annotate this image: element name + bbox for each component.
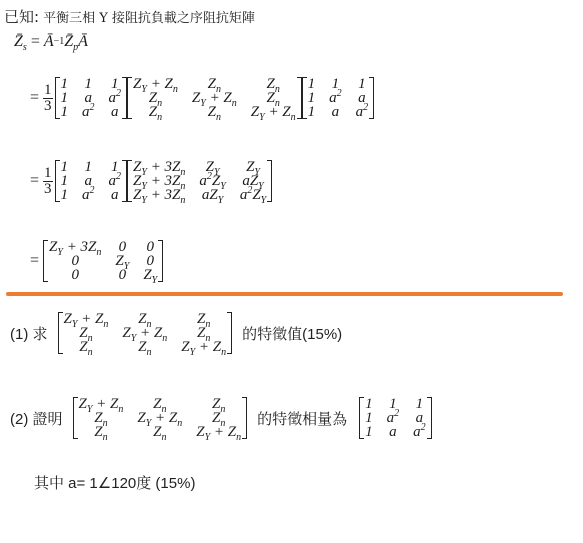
matrix-cell: Zn [251,91,296,105]
matrix-cell: 1 [61,105,69,119]
matrix-cell: a2 [82,105,95,119]
question-1-matrix: ZY + ZnZnZnZnZY + ZnZnZnZnZY + Zn [58,312,233,354]
matrix-cell: Zn [133,105,178,119]
matrix-cell: ZY + Zn [192,91,237,105]
matrix-cell: ZY [115,254,129,268]
matrix-cell: aZY [199,188,225,202]
matrix-cell: 0 [115,268,129,282]
matrix-cell: ZY [240,160,266,174]
matrix-cell: 1 [308,105,316,119]
question-1-label: (1) 求 [10,323,48,344]
question-2-label: (2) 證明 [10,408,63,429]
matrix-cell: Zn [137,397,182,411]
matrix-cell: Zn [196,411,241,425]
matrix-cell: 0 [49,254,101,268]
matrix-cell: ZY + 3Zn [133,188,185,202]
matrix-cell: 0 [115,240,129,254]
matrix-cell: Zn [137,425,182,439]
matrix-cell: aZY [240,174,266,188]
matrix-cell: 1 [61,174,69,188]
matrix-cell: 0 [143,240,157,254]
product-matrix: ZY + 3ZnZYZYZY + 3Zna2ZYaZYZY + 3ZnaZYa2… [127,160,272,202]
matrix-cell: 1 [365,425,373,439]
matrix-cell: Zn [192,105,237,119]
matrix-cell: ZY + Zn [181,340,226,354]
matrix-cell: Zn [196,397,241,411]
question-2-middle: 的特徵相量為 [257,408,347,429]
matrix-cell: 1 [61,160,69,174]
matrix-cell: a2 [387,411,400,425]
matrix-cell: ZY + 3Zn [49,240,101,254]
matrix-cell: Zn [181,312,226,326]
matrix-cell: Zn [79,425,124,439]
a-matrix: 1111aa21a2a [55,77,128,119]
matrix-cell: a [109,188,122,202]
matrix-cell: a [329,105,342,119]
matrix-cell: Zn [64,326,109,340]
matrix-cell: Zn [79,411,124,425]
one-third-fraction: 13 [43,83,53,114]
title-text: 平衡三相 Y 接阻抗負載之序阻抗矩陣 [43,11,255,26]
matrix-cell: 1 [356,77,369,91]
step3-equation: = ZY + 3Zn000ZY000ZY [30,240,163,282]
problem-title: 已知:平衡三相 Y 接阻抗負載之序阻抗矩陣 [4,6,255,27]
matrix-cell: Zn [251,77,296,91]
matrix-cell: ZY [143,268,157,282]
matrix-cell: 0 [143,254,157,268]
matrix-cell: a2ZY [240,188,266,202]
orange-divider [6,292,563,296]
matrix-cell: 1 [365,411,373,425]
matrix-cell: ZY + Zn [64,312,109,326]
matrix-cell: a [109,105,122,119]
matrix-cell: 1 [61,91,69,105]
matrix-cell: ZY + Zn [79,397,124,411]
matrix-cell: a2ZY [199,174,225,188]
matrix-cell: ZY [199,160,225,174]
matrix-cell: ZY + 3Zn [133,160,185,174]
matrix-cell: 1 [82,77,95,91]
step2-equation: = 13 1111aa21a2a ZY + 3ZnZYZYZY + 3Zna2Z… [30,160,272,202]
matrix-cell: ZY + Zn [122,326,167,340]
matrix-cell: a2 [109,91,122,105]
sequence-impedance-definition: Z̄s = Ā−1Z̄pĀ [14,33,88,51]
matrix-cell: 1 [82,160,95,174]
note-a-definition: 其中 a= 1∠120度 (15%) [34,472,195,493]
matrix-cell: ZY + 3Zn [133,174,185,188]
matrix-cell: a [387,425,400,439]
equals-sign: = [30,172,39,190]
matrix-cell: 1 [61,188,69,202]
matrix-cell: ZY + Zn [137,411,182,425]
matrix-cell: ZY + Zn [196,425,241,439]
equals-sign: = [30,89,39,107]
matrix-cell: 1 [61,77,69,91]
matrix-cell: Zn [64,340,109,354]
matrix-cell: a2 [82,188,95,202]
a-inverse-matrix: 1111a2a1aa2 [302,77,375,119]
step1-equation: = 13 1111aa21a2a ZY + ZnZnZnZnZY + ZnZnZ… [30,77,374,119]
matrix-cell: 0 [49,268,101,282]
matrix-cell: a2 [109,174,122,188]
matrix-cell: Zn [133,91,178,105]
matrix-cell: Zn [122,312,167,326]
matrix-cell: a2 [356,105,369,119]
matrix-cell: a2 [329,91,342,105]
eigenvector-matrix: 1111a2a1aa2 [359,397,432,439]
matrix-cell: a2 [413,425,426,439]
a-matrix: 1111aa21a2a [55,160,128,202]
matrix-cell: ZY + Zn [133,77,178,91]
matrix-cell: Zn [122,340,167,354]
one-third-fraction: 13 [43,166,53,197]
matrix-cell: 1 [413,397,426,411]
zp-matrix: ZY + ZnZnZnZnZY + ZnZnZnZnZY + Zn [127,77,302,119]
matrix-cell: 1 [365,397,373,411]
matrix-cell: Zn [181,326,226,340]
question-1: (1) 求 ZY + ZnZnZnZnZY + ZnZnZnZnZY + Zn … [10,312,342,354]
matrix-cell: Zn [192,77,237,91]
question-2-matrix: ZY + ZnZnZnZnZY + ZnZnZnZnZY + Zn [73,397,248,439]
matrix-cell: 1 [308,77,316,91]
question-1-suffix: 的特徵值(15%) [242,323,342,344]
title-prefix: 已知: [4,8,39,26]
result-diagonal-matrix: ZY + 3Zn000ZY000ZY [43,240,163,282]
equals-sign: = [30,252,39,270]
question-2: (2) 證明 ZY + ZnZnZnZnZY + ZnZnZnZnZY + Zn… [10,397,432,439]
matrix-cell: 1 [308,91,316,105]
matrix-cell: ZY + Zn [251,105,296,119]
